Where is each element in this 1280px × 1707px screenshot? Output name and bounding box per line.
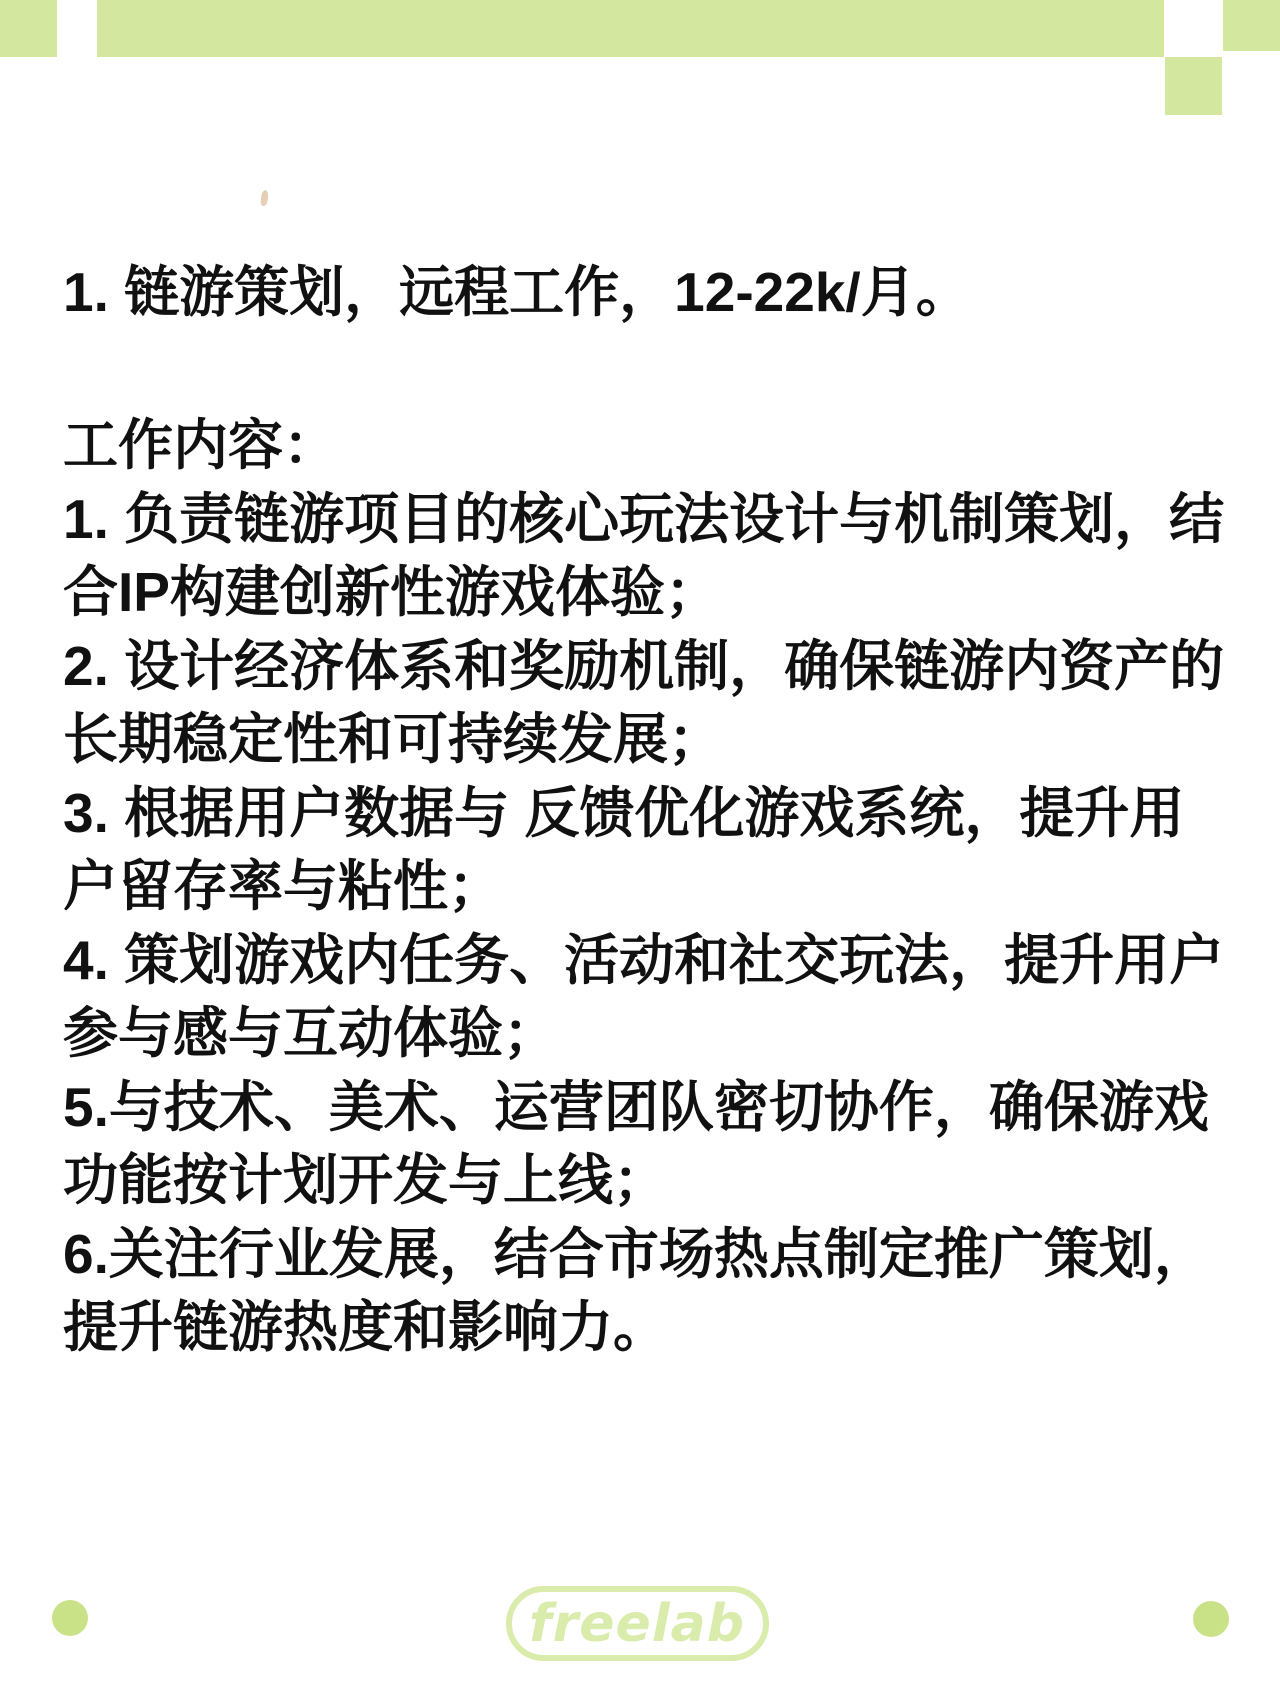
body-line: 5.与技术、美术、运营团队密切协作，确保游戏 bbox=[63, 1071, 1223, 1145]
body-line: 合IP构建创新性游戏体验； bbox=[63, 556, 1223, 630]
body-line: 户留存率与粘性； bbox=[63, 850, 1223, 924]
job-post-poster: 1. 链游策划，远程工作，12-22k/月。 工作内容： 1. 负责链游项目的核… bbox=[0, 0, 1280, 1707]
body-line: 参与感与互动体验； bbox=[63, 997, 1223, 1071]
body-line: 4. 策划游戏内任务、活动和社交玩法，提升用户 bbox=[63, 924, 1223, 998]
body-line: 1. 负责链游项目的核心玩法设计与机制策划，结 bbox=[63, 483, 1223, 557]
deco-dot-bottom-right bbox=[1193, 1601, 1229, 1637]
deco-top-bar bbox=[97, 0, 1164, 57]
job-description: 工作内容： 1. 负责链游项目的核心玩法设计与机制策划，结 合IP构建创新性游戏… bbox=[63, 409, 1223, 1365]
body-line: 提升链游热度和影响力。 bbox=[63, 1291, 1223, 1365]
job-title: 1. 链游策划，远程工作，12-22k/月。 bbox=[63, 256, 971, 330]
body-line: 3. 根据用户数据与 反馈优化游戏系统，提升用 bbox=[63, 777, 1223, 851]
freelab-logo: freelab bbox=[505, 1585, 770, 1662]
deco-square-under-bar bbox=[1165, 57, 1222, 115]
body-line: 功能按计划开发与上线； bbox=[63, 1144, 1223, 1218]
deco-dot-bottom-left bbox=[52, 1600, 88, 1636]
deco-square-top-left bbox=[0, 0, 57, 57]
logo-wordmark: freelab bbox=[529, 1594, 745, 1654]
body-line: 长期稳定性和可持续发展； bbox=[63, 703, 1223, 777]
body-line: 6.关注行业发展，结合市场热点制定推广策划， bbox=[63, 1218, 1223, 1292]
deco-square-top-right bbox=[1223, 0, 1280, 51]
body-line: 2. 设计经济体系和奖励机制，确保链游内资产的 bbox=[63, 630, 1223, 704]
small-stray-mark bbox=[260, 190, 269, 207]
section-heading: 工作内容： bbox=[63, 409, 1223, 483]
